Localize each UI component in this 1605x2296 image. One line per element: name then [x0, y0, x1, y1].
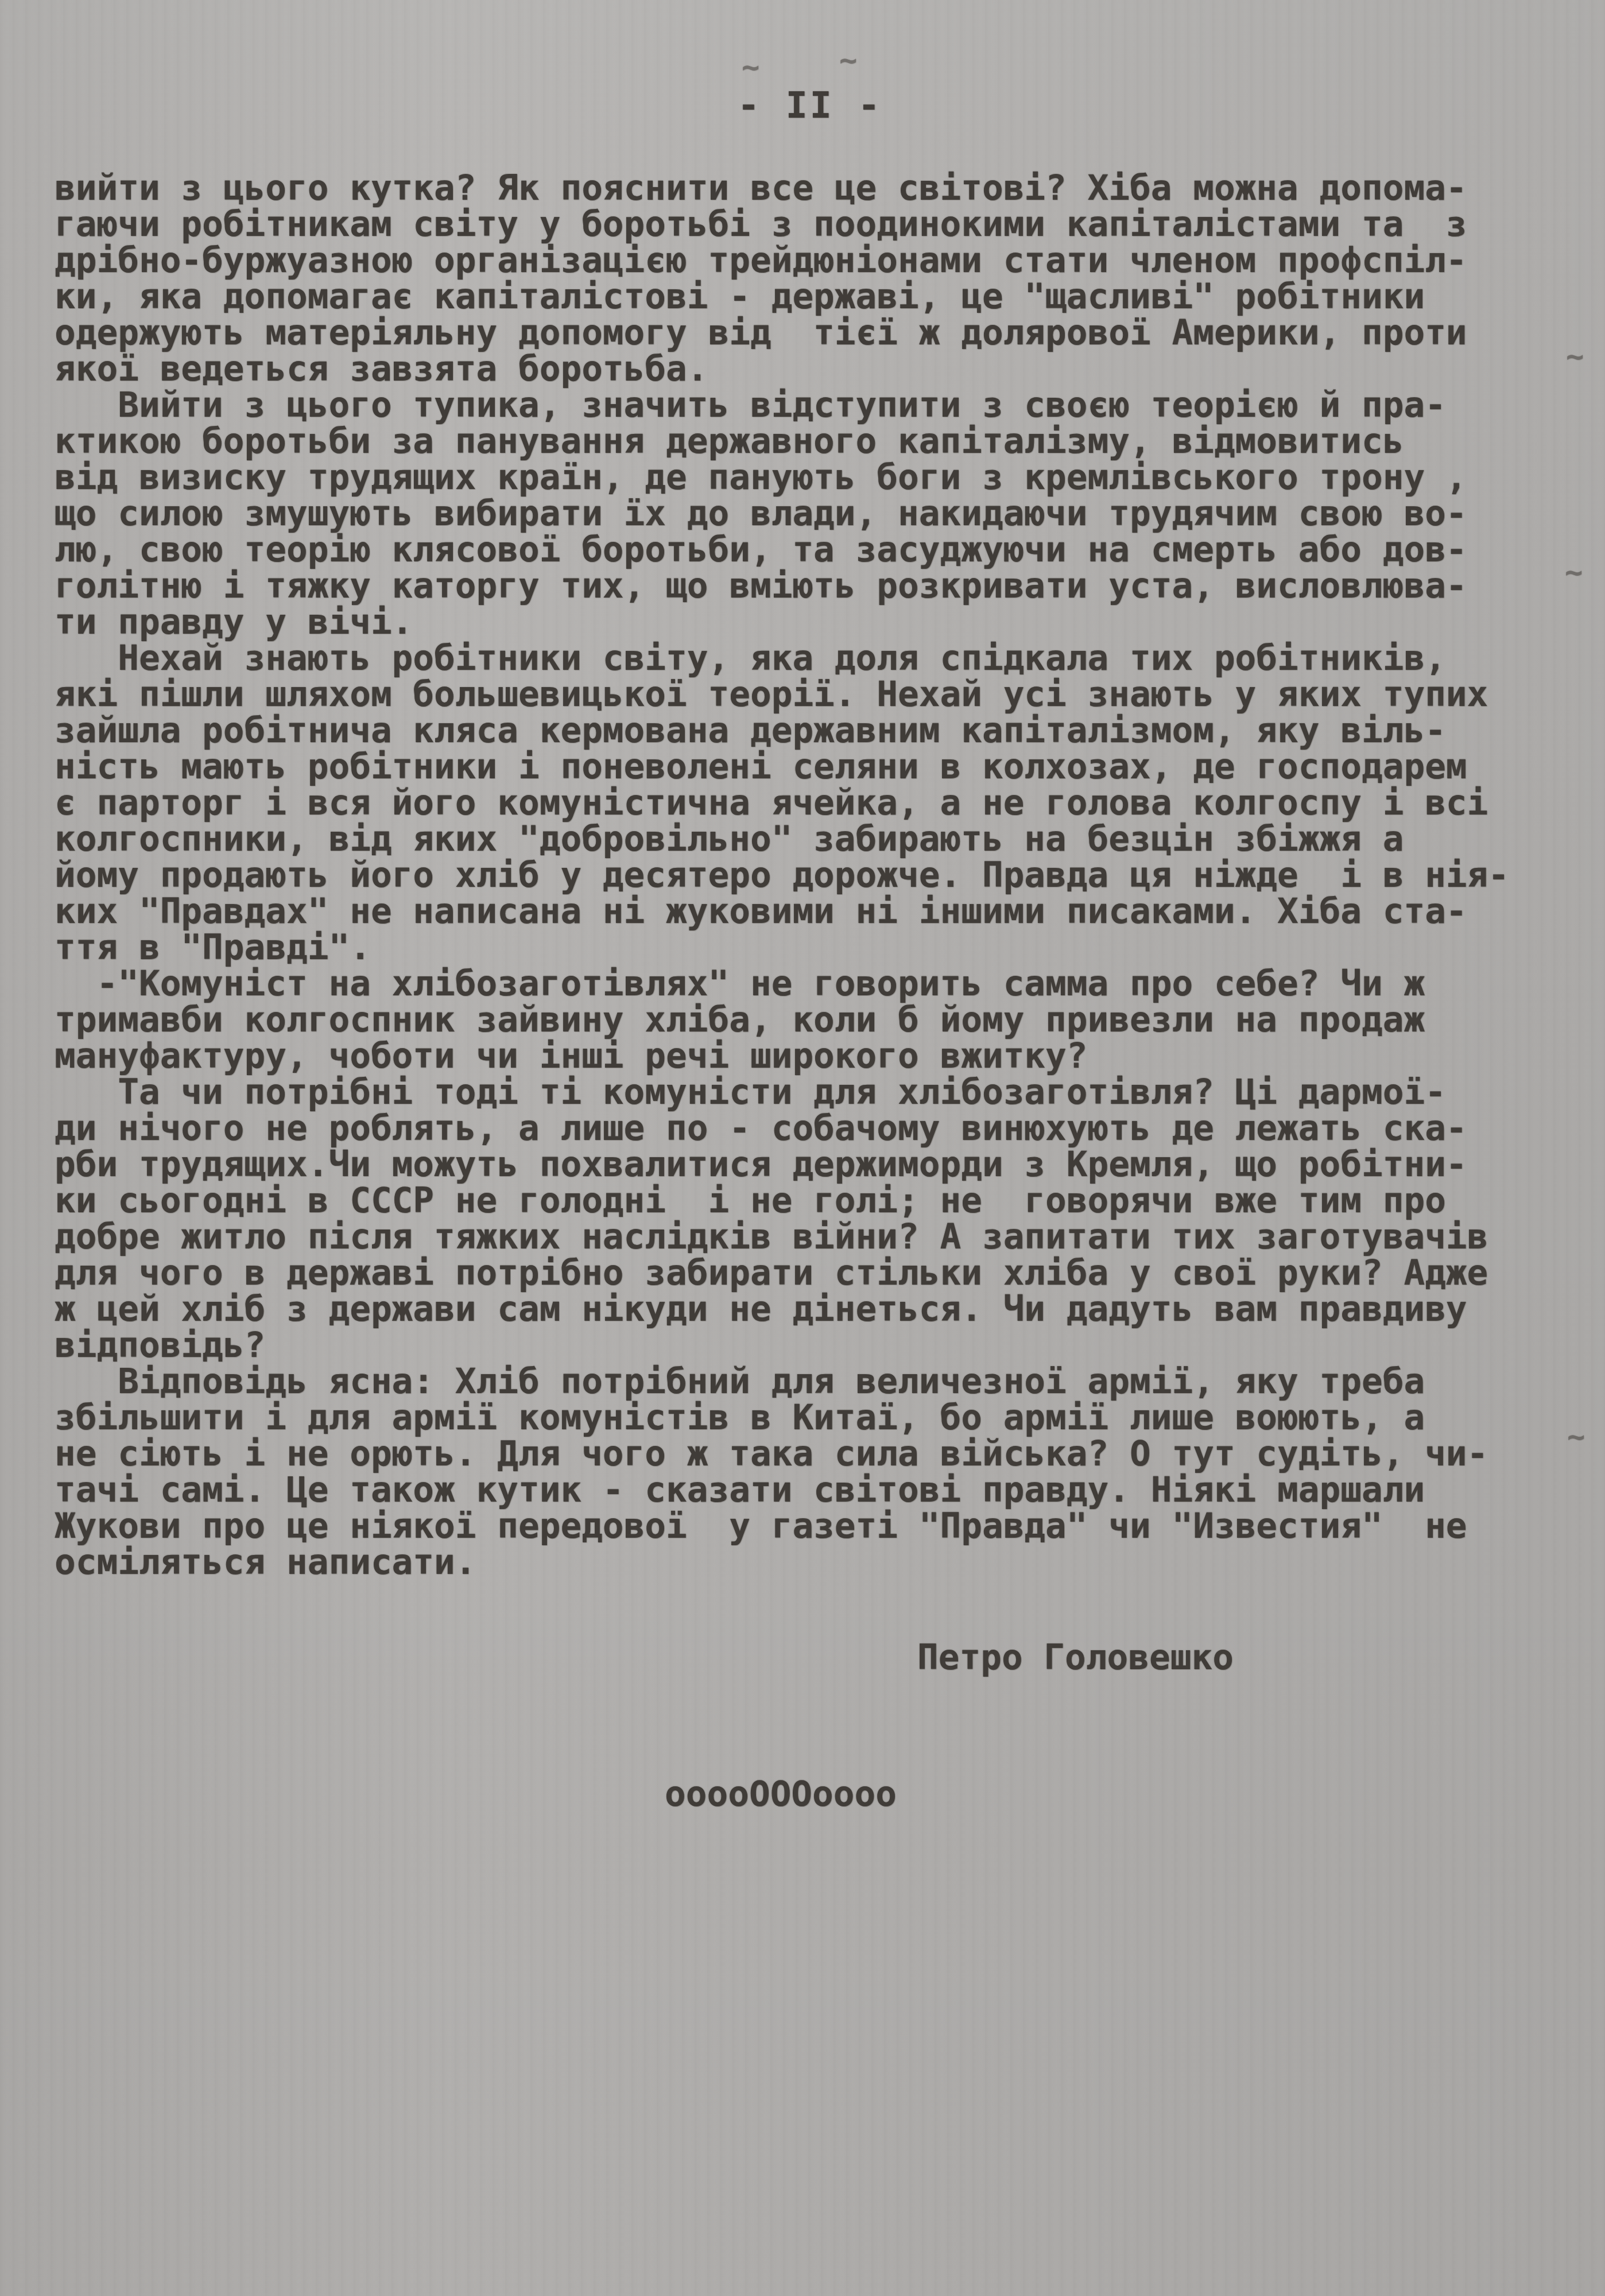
text-line: ти правду у вічі. — [55, 604, 1570, 640]
margin-tilde-mark: ~ — [742, 53, 759, 83]
text-line: одержують матеріяльну допомогу від тієї … — [55, 315, 1570, 351]
text-line: ких "Правдах" не написана ні жуковими ні… — [55, 893, 1570, 929]
text-line: які пішли шляхом большевицької теорії. Н… — [55, 676, 1570, 712]
text-line: добре житло після тяжких наслідків війни… — [55, 1219, 1570, 1255]
text-line: тачі самі. Це також кутик - сказати світ… — [55, 1472, 1570, 1508]
text-line: -"Комуніст на хлібозаготівлях" не говори… — [55, 965, 1570, 1002]
text-line: мануфактуру, чоботи чи інші речі широког… — [55, 1038, 1570, 1074]
text-line: Відповідь ясна: Хліб потрібний для велич… — [55, 1363, 1570, 1399]
body-text: вийти з цього кутка? Як пояснити все це … — [55, 170, 1570, 1580]
text-line: ктикою боротьби за панування державного … — [55, 423, 1570, 459]
text-line: рби трудящих.Чи можуть похвалитися держи… — [55, 1146, 1570, 1182]
margin-tilde-mark: ~ — [839, 46, 857, 76]
text-line: відповідь? — [55, 1327, 1570, 1363]
text-line: лю, свою теорію клясової боротьби, та за… — [55, 532, 1570, 568]
text-line: Нехай знають робітники світу, яка доля с… — [55, 640, 1570, 676]
text-line: осміляться написати. — [55, 1544, 1570, 1580]
text-line: колгоспники, від яких "добровільно" заби… — [55, 821, 1570, 857]
text-line: є парторг і вся його комуністична ячейка… — [55, 785, 1570, 821]
text-line: не сіють і не орють. Для чого ж така сил… — [55, 1436, 1570, 1472]
text-line: ди нічого не роблять, а лише по - собачо… — [55, 1110, 1570, 1146]
section-end-divider: ooooOOOoooo — [665, 1776, 897, 1812]
text-line: голітню і тяжку каторгу тих, що вміють р… — [55, 568, 1570, 604]
text-line: вийти з цього кутка? Як пояснити все це … — [55, 170, 1570, 206]
text-line: зайшла робітнича кляса кермована державн… — [55, 712, 1570, 748]
text-line: Вийти з цього тупика, значить відступити… — [55, 387, 1570, 423]
text-line: йому продають його хліб у десятеро дорож… — [55, 857, 1570, 893]
text-line: збільшити і для армії комуністів в Китаї… — [55, 1399, 1570, 1436]
scanned-typewritten-page: - II - ~ ~ ~ ~ ~ вийти з цього кутка? Як… — [0, 0, 1605, 2296]
text-line: якої ведеться завзята боротьба. — [55, 351, 1570, 387]
text-line: ки сьогодні в СССР не голодні і не голі;… — [55, 1182, 1570, 1219]
text-line: гаючи робітникам світу у боротьбі з поод… — [55, 206, 1570, 242]
text-line: тримавби колгоспник зайвину хліба, коли … — [55, 1002, 1570, 1038]
text-line: Та чи потрібні тоді ті комуністи для хлі… — [55, 1074, 1570, 1110]
text-line: ж цей хліб з держави сам нікуди не дінет… — [55, 1291, 1570, 1327]
text-line: дрібно-буржуазною організацією трейдюніо… — [55, 242, 1570, 278]
text-line: ність мають робітники і поневолені селян… — [55, 748, 1570, 785]
text-line: ки, яка допомагає капіталістові - держав… — [55, 278, 1570, 315]
text-line: для чого в державі потрібно забирати сті… — [55, 1255, 1570, 1291]
text-line: ття в "Правді". — [55, 929, 1570, 965]
text-line: що силою змушують вибирати їх до влади, … — [55, 495, 1570, 532]
author-signature: Петро Головешко — [917, 1639, 1234, 1676]
text-line: від визиску трудящих країн, де панують б… — [55, 459, 1570, 495]
page-number: - II - — [738, 87, 882, 123]
text-line: Жукови про це ніякої передової у газеті … — [55, 1508, 1570, 1544]
